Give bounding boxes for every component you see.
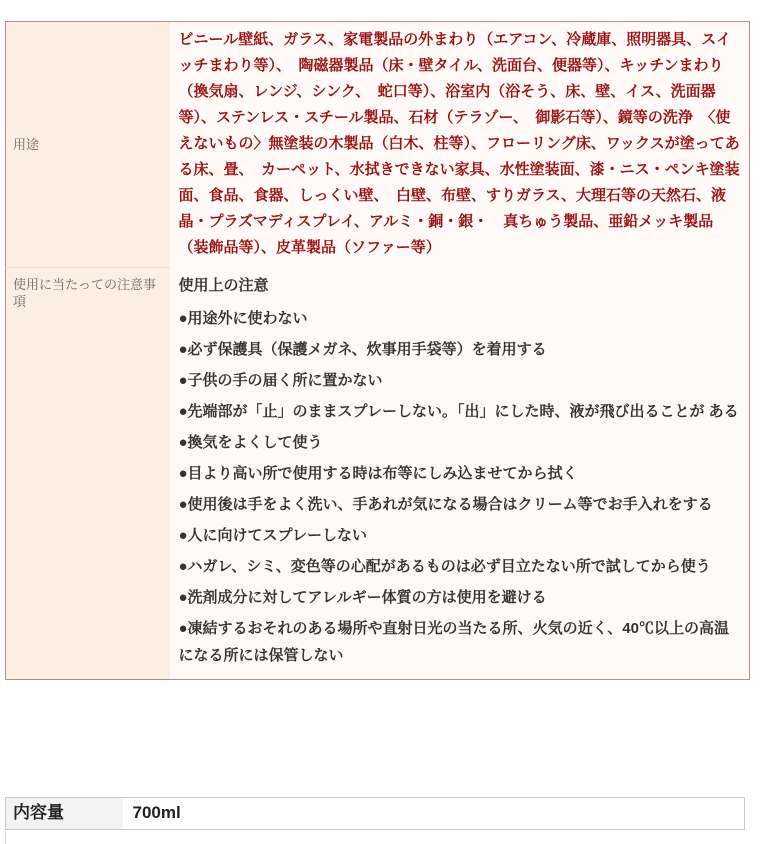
precaution-item: ●目より高い所で使用する時は布等にしみ込ませてから拭く (179, 460, 741, 487)
volume-value: 700ml (123, 798, 745, 830)
precaution-item: ●子供の手の届く所に置かない (179, 367, 741, 394)
precaution-item: ●凍結するおそれのある場所や直射日光の当たる所、火気の近く、40℃以上の高温にな… (179, 615, 741, 669)
volume-row: 内容量 700ml (6, 798, 745, 830)
precaution-item: ●必ず保護具（保護メガネ、炊事用手袋等）を着用する (179, 336, 741, 363)
precautions-title: 使用上の注意 (179, 272, 741, 299)
usage-content-text: ビニール壁紙、ガラス、家電製品の外まわり（エアコン、冷蔵庫、照明器具、スイッチま… (179, 27, 741, 261)
precaution-item: ●洗剤成分に対してアレルギー体質の方は使用を避ける (179, 584, 741, 611)
volume-table: 内容量 700ml (5, 797, 745, 830)
spec-row-precautions: 使用に当たっての注意事項 使用上の注意 ●用途外に使わない ●必ず保護具（保護メ… (6, 267, 750, 680)
precautions-row-label: 使用に当たっての注意事項 (6, 267, 170, 680)
precaution-item: ●用途外に使わない (179, 305, 741, 332)
precautions-row-content-cell: 使用上の注意 ●用途外に使わない ●必ず保護具（保護メガネ、炊事用手袋等）を着用… (170, 267, 750, 680)
product-detail-page: 用途 ビニール壁紙、ガラス、家電製品の外まわり（エアコン、冷蔵庫、照明器具、スイ… (0, 0, 762, 844)
next-row-border-stub (5, 831, 6, 844)
precaution-item: ●ハガレ、シミ、変色等の心配があるものは必ず目立たない所で試してから使う (179, 553, 741, 580)
spec-row-usage: 用途 ビニール壁紙、ガラス、家電製品の外まわり（エアコン、冷蔵庫、照明器具、スイ… (6, 22, 750, 268)
usage-row-label: 用途 (6, 22, 170, 268)
product-spec-table: 用途 ビニール壁紙、ガラス、家電製品の外まわり（エアコン、冷蔵庫、照明器具、スイ… (5, 21, 750, 680)
precaution-item: ●換気をよくして使う (179, 429, 741, 456)
precaution-item: ●先端部が「止」のままスプレーしない。「出」にした時、液が飛び出ることが ある (179, 398, 741, 425)
precaution-item: ●人に向けてスプレーしない (179, 522, 741, 549)
precaution-item: ●使用後は手をよく洗い、手あれが気になる場合はクリーム等でお手入れをする (179, 491, 741, 518)
volume-label: 内容量 (6, 798, 123, 830)
usage-row-content-cell: ビニール壁紙、ガラス、家電製品の外まわり（エアコン、冷蔵庫、照明器具、スイッチま… (170, 22, 750, 268)
